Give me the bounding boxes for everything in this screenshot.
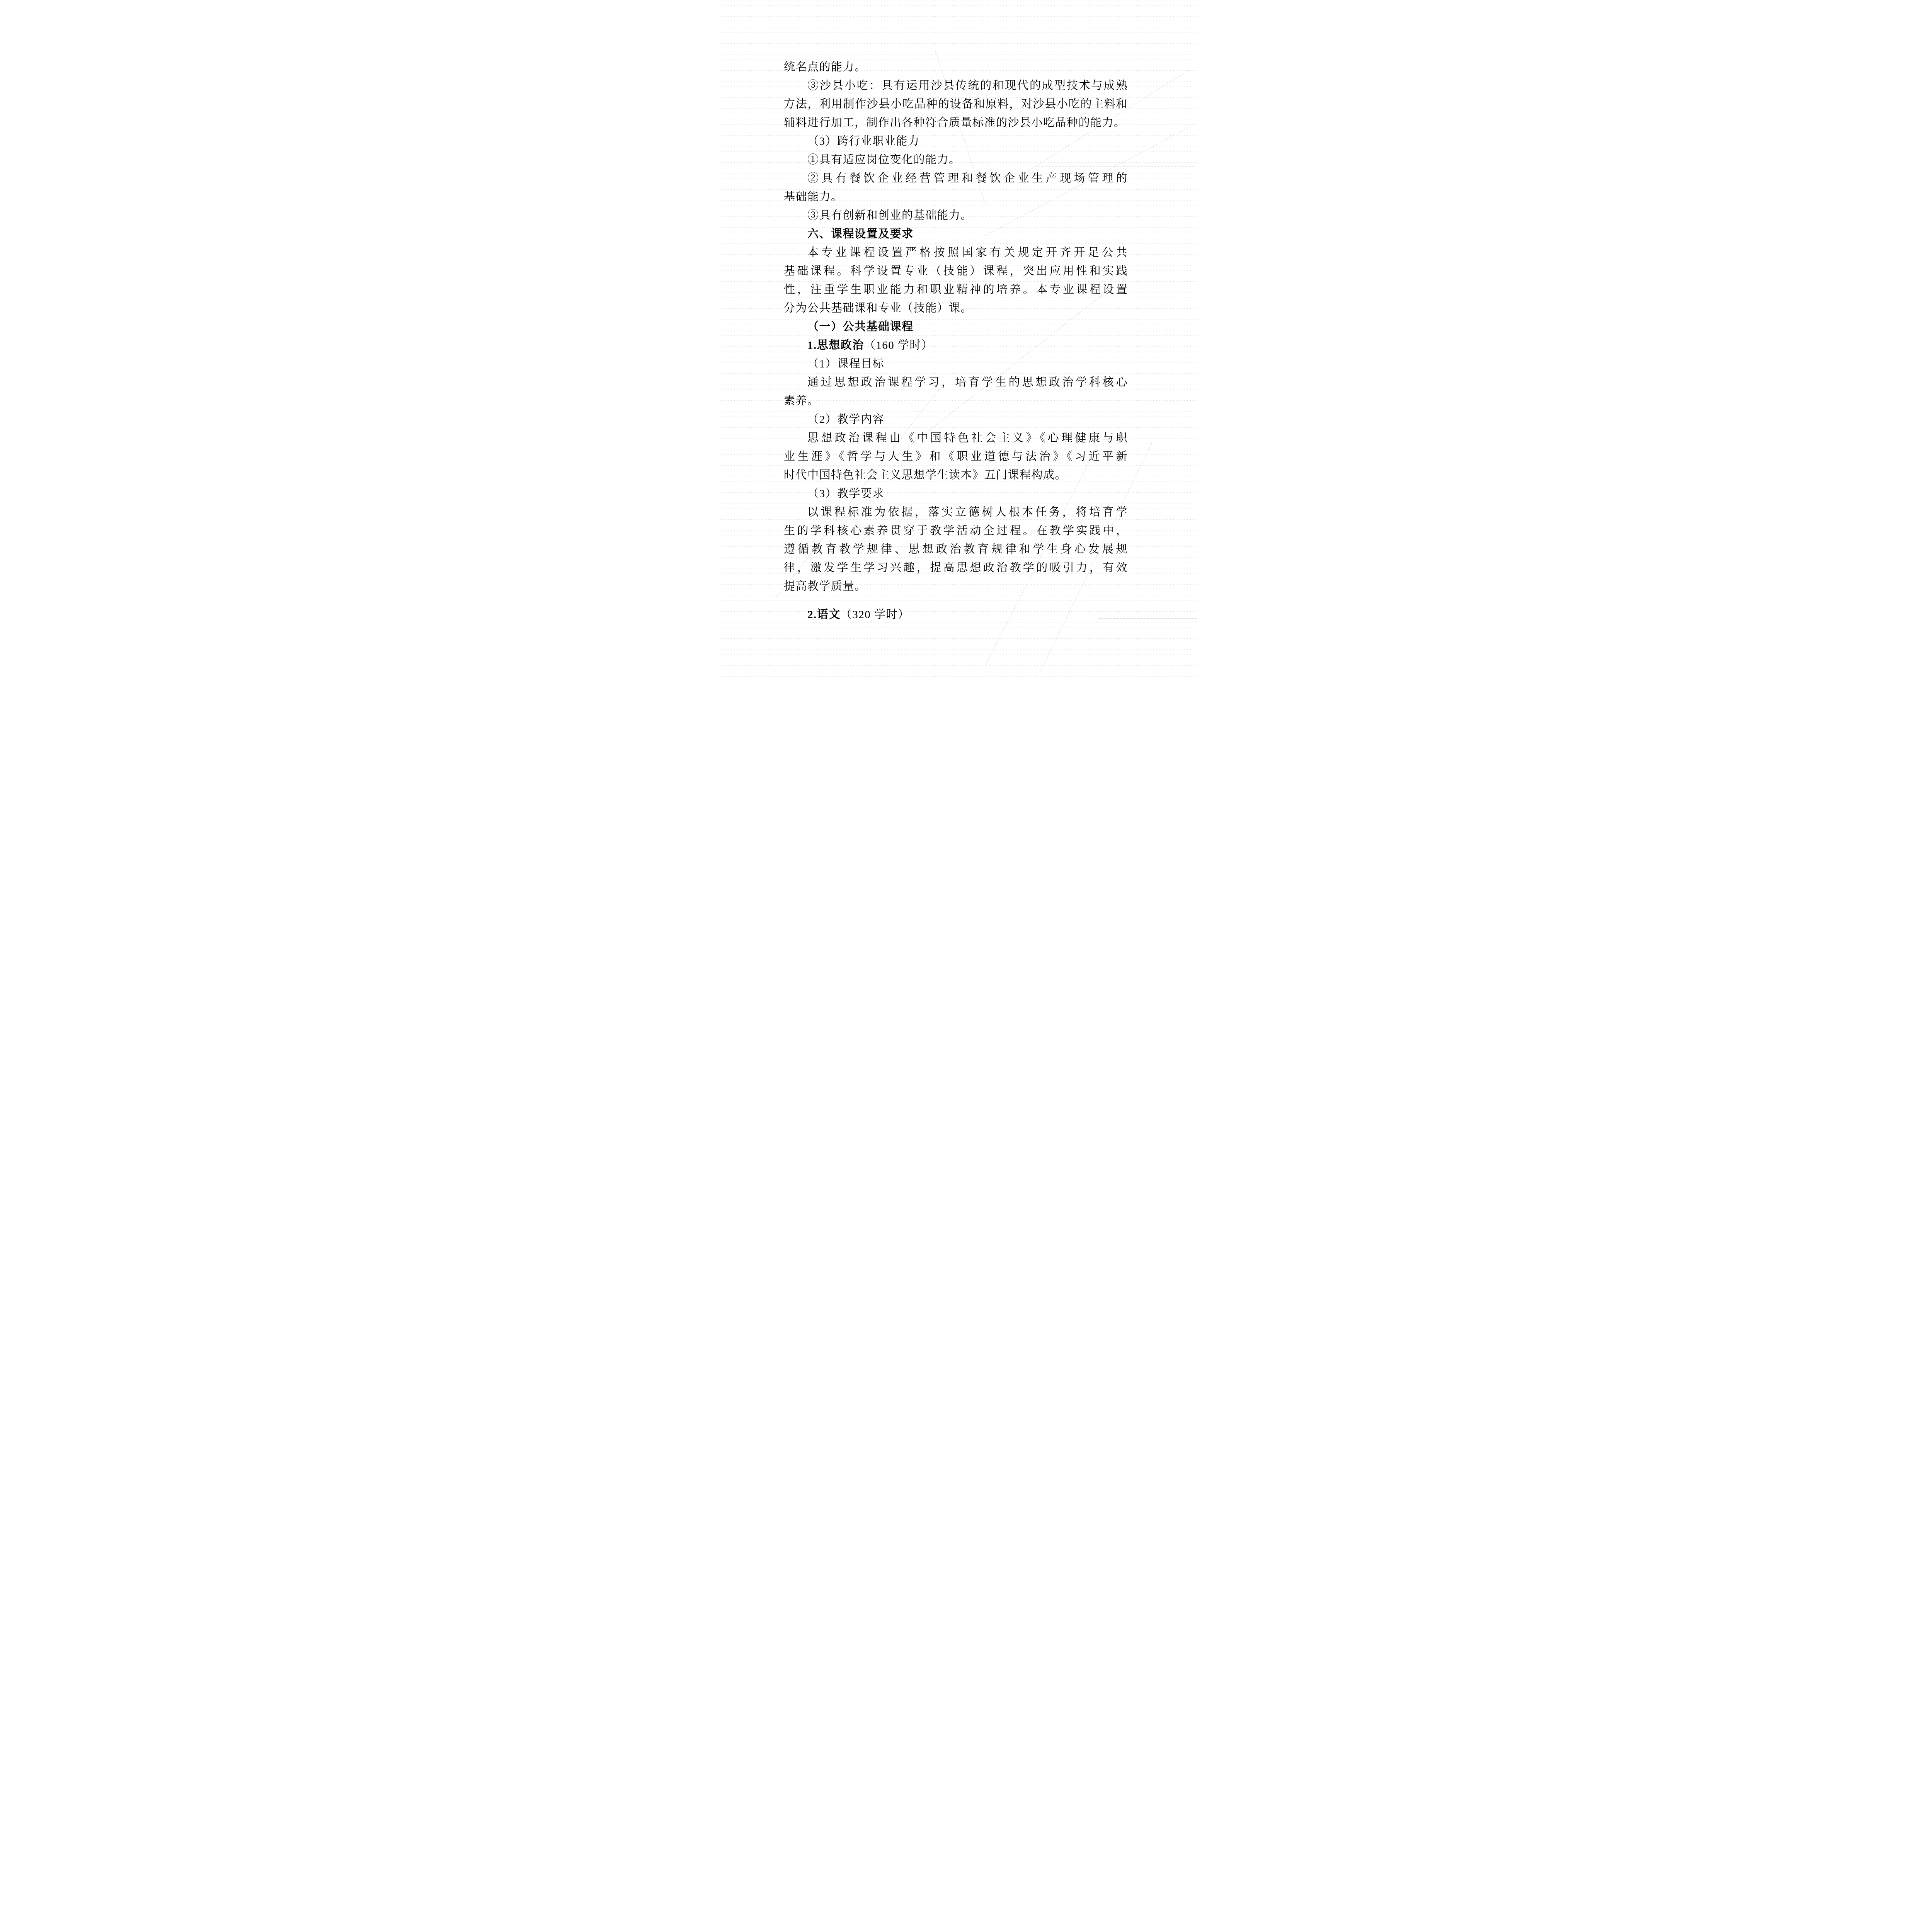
paragraph-line: 方法，利用制作沙县小吃品种的设备和原料，对沙县小吃的主料和 [784,95,1128,114]
course-heading-hours: （160 学时） [864,339,933,352]
paragraph-line: ③沙县小吃：具有运用沙县传统的和现代的成型技术与成熟 [784,77,1128,95]
paragraph-line: 统名点的能力。 [784,58,1128,77]
paragraph-line: 律，激发学生学习兴趣，提高思想政治教学的吸引力，有效 [784,559,1128,577]
paragraph-line: 生的学科核心素养贯穿于教学活动全过程。在教学实践中， [784,522,1128,540]
paragraph-line: 业生涯》《哲学与人生》和《职业道德与法治》《习近平新 [784,447,1128,466]
section-heading: 六、课程设置及要求 [784,225,1128,243]
paragraph-line: 提高教学质量。 [784,577,1128,596]
paragraph-line: ②具有餐饮企业经营管理和餐饮企业生产现场管理的 [784,169,1128,188]
paragraph-line: 以课程标准为依据，落实立德树人根本任务，将培育学 [784,503,1128,522]
paragraph-line: 思想政治课程由《中国特色社会主义》《心理健康与职 [784,429,1128,447]
paragraph-line: 辅料进行加工，制作出各种符合质量标准的沙县小吃品种的能力。 [784,114,1128,132]
course-heading-bold: 1.思想政治 [807,339,864,352]
text-block: 统名点的能力。 ③沙县小吃：具有运用沙县传统的和现代的成型技术与成熟 方法，利用… [719,0,1198,624]
paragraph-line: 素养。 [784,392,1128,410]
paragraph-line: 性，注重学生职业能力和职业精神的培养。本专业课程设置 [784,281,1128,299]
paragraph-line: （2）教学内容 [784,410,1128,429]
course-heading: 1.思想政治（160 学时） [784,336,1128,355]
paragraph-line: （1）课程目标 [784,355,1128,373]
paragraph-line: 本专业课程设置严格按照国家有关规定开齐开足公共 [784,243,1128,262]
paragraph-line: 基础能力。 [784,188,1128,206]
paragraph-line: 时代中国特色社会主义思想学生读本》五门课程构成。 [784,466,1128,485]
paragraph-line: ③具有创新和创业的基础能力。 [784,206,1128,225]
paragraph-line: ①具有适应岗位变化的能力。 [784,151,1128,169]
paragraph-line: 基础课程。科学设置专业（技能）课程，突出应用性和实践 [784,262,1128,281]
document-page: 统名点的能力。 ③沙县小吃：具有运用沙县传统的和现代的成型技术与成熟 方法，利用… [719,0,1198,678]
subsection-heading: （一）公共基础课程 [784,318,1128,336]
paragraph-line: 通过思想政治课程学习，培育学生的思想政治学科核心 [784,373,1128,392]
course-heading-hours: （320 学时） [841,609,910,621]
course-heading-bold: 2.语文 [807,609,841,621]
paragraph-line: （3）跨行业职业能力 [784,132,1128,151]
paragraph-line: 分为公共基础课和专业（技能）课。 [784,299,1128,318]
paragraph-line: 遵循教育教学规律、思想政治教育规律和学生身心发展规 [784,540,1128,559]
course-heading: 2.语文（320 学时） [784,605,1128,624]
paragraph-line: （3）教学要求 [784,485,1128,503]
